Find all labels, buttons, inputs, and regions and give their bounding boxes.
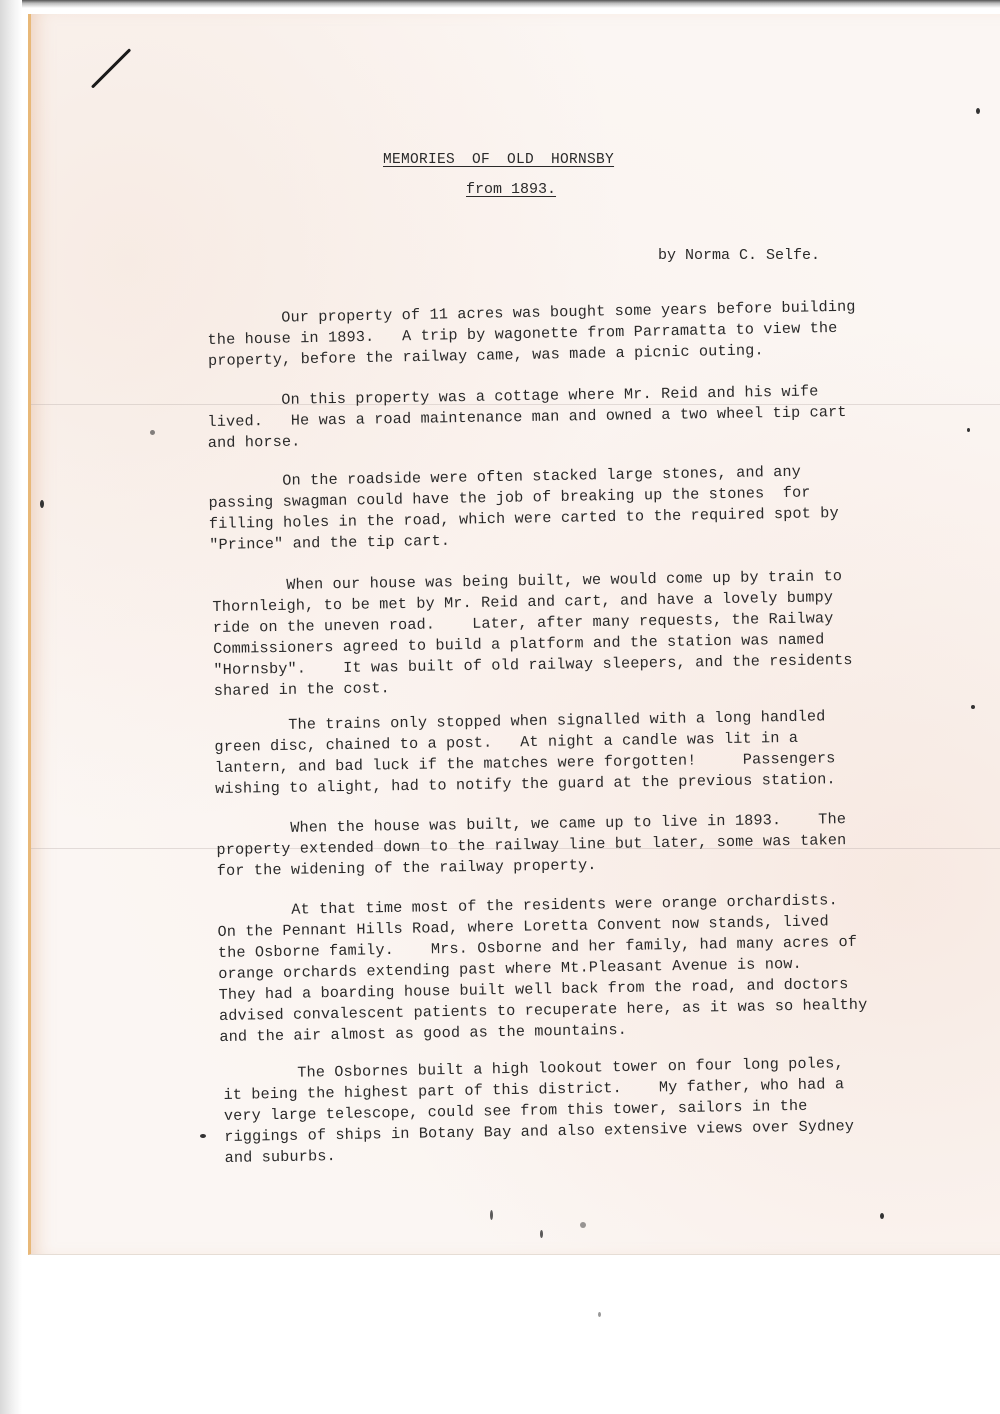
document-title: MEMORIES OF OLD HORNSBY [383, 152, 614, 168]
scan-speck [598, 1312, 601, 1317]
scan-speck [880, 1213, 884, 1219]
scan-speck [40, 500, 44, 508]
scan-speck [150, 430, 155, 435]
scan-speck [540, 1230, 543, 1238]
paragraph-3: On the roadside were often stacked large… [208, 461, 839, 556]
scan-speck [580, 1222, 586, 1228]
scan-edge-left [0, 0, 22, 1414]
document-author: by Norma C. Selfe. [658, 247, 820, 264]
scan-speck [976, 108, 980, 114]
document-subtitle: from 1893. [466, 181, 556, 198]
scan-speck [971, 705, 975, 709]
paragraph-4: When our house was being built, we would… [212, 566, 853, 702]
paragraph-8: The Osbornes built a high lookout tower … [223, 1053, 855, 1169]
paragraph-6: When the house was built, we came up to … [216, 809, 847, 882]
scan-speck [967, 428, 970, 432]
paragraph-1: Our property of 11 acres was bought some… [207, 297, 857, 372]
paragraph-5: The trains only stopped when signalled w… [214, 706, 836, 800]
paragraph-2: On this property was a cottage where Mr.… [207, 381, 847, 454]
scan-speck [490, 1210, 493, 1220]
paragraph-7: At that time most of the residents were … [217, 890, 868, 1048]
scan-speck [200, 1134, 206, 1138]
scan-edge-top [0, 0, 1000, 8]
